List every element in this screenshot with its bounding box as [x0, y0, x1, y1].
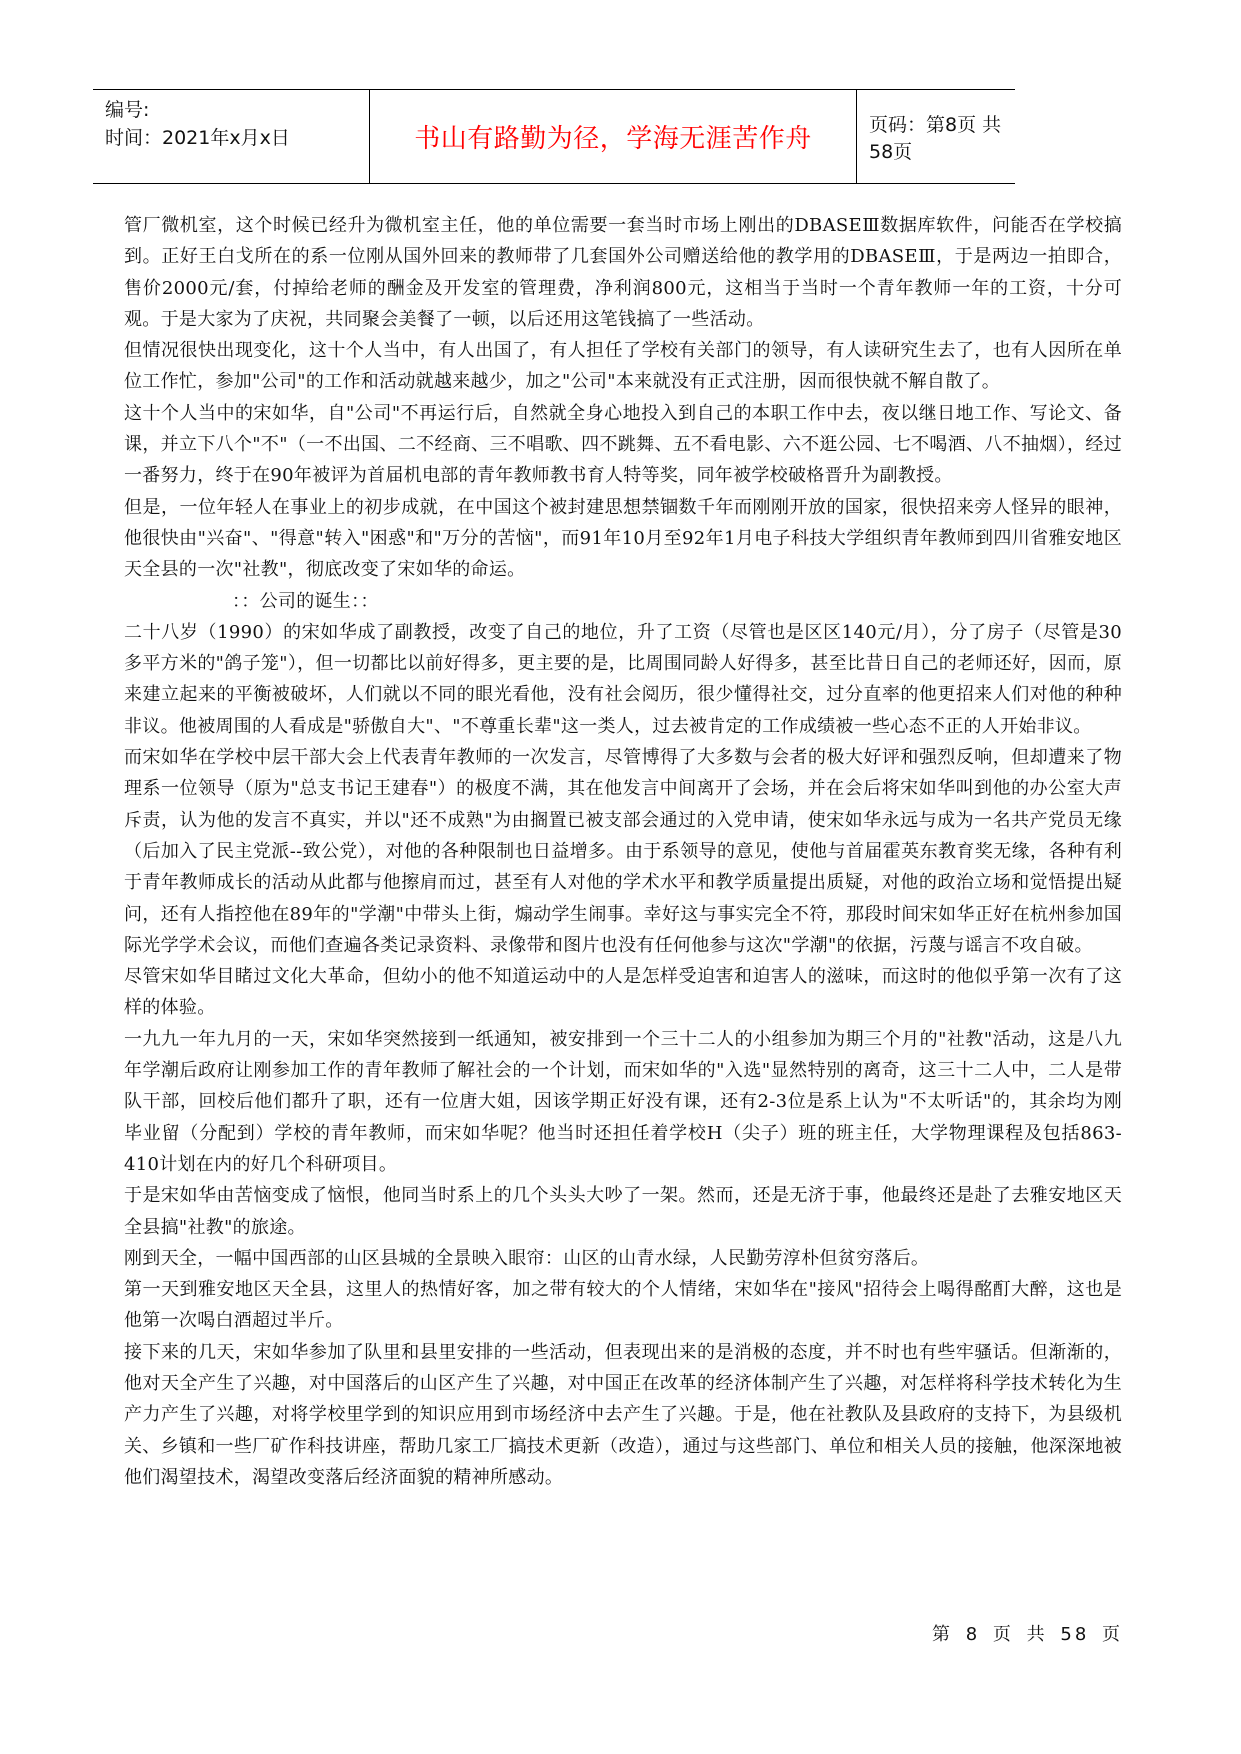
document-header: 编号: 时间：2021年x月x日 书山有路勤为径，学海无涯苦作舟 页码：第8页 … [93, 89, 1015, 184]
paragraph: 但是，一位年轻人在事业上的初步成就，在中国这个被封建思想禁锢数千年而刚刚开放的国… [124, 492, 1122, 586]
paragraph: 一九九一年九月的一天，宋如华突然接到一纸通知，被安排到一个三十二人的小组参加为期… [124, 1024, 1122, 1180]
paragraph: 尽管宋如华目睹过文化大革命，但幼小的他不知道运动中的人是怎样受迫害和迫害人的滋味… [124, 961, 1122, 1024]
paragraph: 接下来的几天，宋如华参加了队里和县里安排的一些活动，但表现出来的是消极的态度，并… [124, 1337, 1122, 1493]
motto-text: 书山有路勤为径，学海无涯苦作舟 [414, 118, 812, 155]
serial-number-label: 编号: [105, 96, 369, 124]
footer-page-number: 第 8 页 共 58 页 [932, 1624, 1123, 1645]
paragraph: 刚到天全，一幅中国西部的山区县城的全景映入眼帘：山区的山青水绿，人民勤劳淳朴但贫… [124, 1243, 1122, 1274]
paragraph: 这十个人当中的宋如华，自"公司"不再运行后，自然就全身心地投入到自己的本职工作中… [124, 398, 1122, 492]
header-page-cell: 页码：第8页 共58页 [857, 90, 1015, 183]
paragraph: 而宋如华在学校中层干部大会上代表青年教师的一次发言，尽管博得了大多数与会者的极大… [124, 742, 1122, 961]
paragraph: 但情况很快出现变化，这十个人当中，有人出国了，有人担任了学校有关部门的领导，有人… [124, 335, 1122, 398]
header-meta-cell: 编号: 时间：2021年x月x日 [93, 90, 369, 183]
page-footer: 第 8 页 共 58 页 [932, 1620, 1123, 1646]
paragraph: 管厂微机室，这个时候已经升为微机室主任，他的单位需要一套当时市场上刚出的DBAS… [124, 210, 1122, 335]
page-info: 页码：第8页 共58页 [869, 110, 1015, 164]
paragraph: 二十八岁（1990）的宋如华成了副教授，改变了自己的地位，升了工资（尽管也是区区… [124, 617, 1122, 742]
paragraph: 第一天到雅安地区天全县，这里人的热情好客，加之带有较大的个人情绪，宋如华在"接风… [124, 1274, 1122, 1337]
section-subheading: ：：公司的诞生：： [124, 586, 1122, 617]
header-motto-cell: 书山有路勤为径，学海无涯苦作舟 [369, 90, 857, 183]
date-label: 时间：2021年x月x日 [105, 124, 369, 152]
document-body: 管厂微机室，这个时候已经升为微机室主任，他的单位需要一套当时市场上刚出的DBAS… [124, 210, 1122, 1493]
paragraph: 于是宋如华由苦恼变成了恼恨，他同当时系上的几个头头大吵了一架。然而，还是无济于事… [124, 1180, 1122, 1243]
